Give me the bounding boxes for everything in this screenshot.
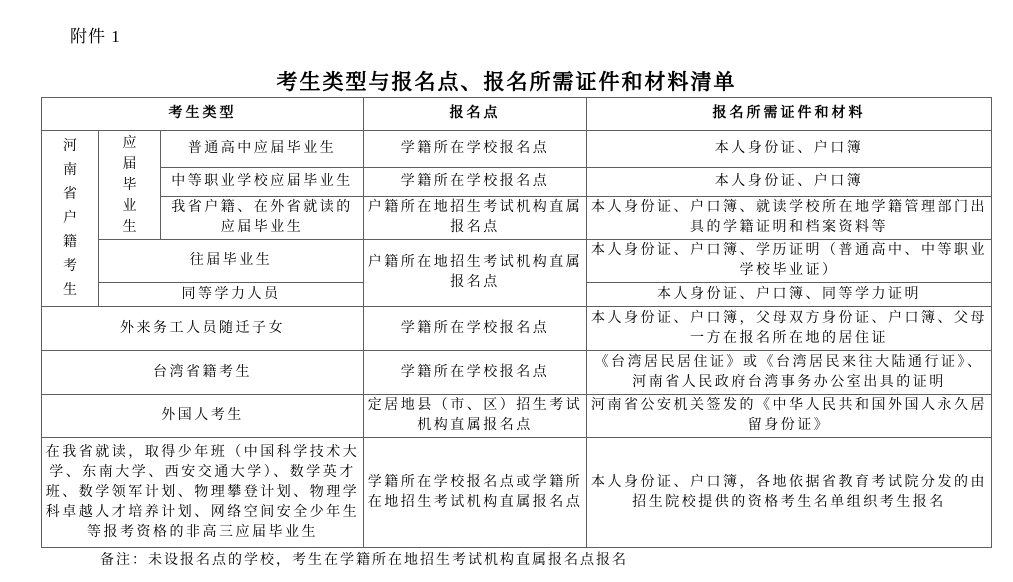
cell-required-documents: 本人身份证、户口簿: [587, 131, 992, 168]
attachment-label: 附件 1: [70, 22, 121, 47]
document-page: 附件 1 考生类型与报名点、报名所需证件和材料清单 考生类型 报名点 报名所需证…: [0, 0, 1013, 582]
table-row: 河南省户籍考生 应届毕业生 普通高中应届毕业生 学籍所在学校报名点 本人身份证、…: [42, 131, 992, 168]
group-label-henan-household: 河南省户籍考生: [61, 135, 79, 303]
cell-registration-point: 学籍所在学校报名点: [364, 351, 587, 395]
table-row: 中等职业学校应届毕业生 学籍所在学校报名点 本人身份证、户口簿: [42, 168, 992, 197]
cell-registration-point: 学籍所在学校报名点: [364, 131, 587, 168]
cell-required-documents: 本人身份证、户口簿，父母双方身份证、户口簿、父母一方在报名所在地的居住证: [587, 307, 992, 351]
cell-candidate-type: 我省户籍、在外省就读的应届毕业生: [161, 197, 364, 240]
cell-registration-point: 学籍所在学校报名点或学籍所在地招生考试机构直属报名点: [364, 438, 587, 548]
cell-registration-point: 学籍所在学校报名点: [364, 307, 587, 351]
cell-registration-point: 户籍所在地招生考试机构直属报名点: [364, 197, 587, 240]
page-title: 考生类型与报名点、报名所需证件和材料清单: [0, 66, 1013, 96]
cell-registration-point: 户籍所在地招生考试机构直属报名点: [364, 240, 587, 307]
group-label-current-graduates: 应届毕业生: [121, 133, 139, 238]
group-cell-henan-household: 河南省户籍考生: [42, 131, 99, 307]
table-row: 我省户籍、在外省就读的应届毕业生 户籍所在地招生考试机构直属报名点 本人身份证、…: [42, 197, 992, 240]
cell-candidate-type: 中等职业学校应届毕业生: [161, 168, 364, 197]
cell-required-documents: 本人身份证、户口簿、就读学校所在地学籍管理部门出具的学籍证明和档案资料等: [587, 197, 992, 240]
footnote: 备注：未设报名点的学校，考生在学籍所在地招生考试机构直属报名点报名: [100, 549, 628, 569]
table-row: 外国人考生 定居地县（市、区）招生考试机构直属报名点 河南省公安机关签发的《中华…: [42, 395, 992, 438]
group-cell-current-graduates: 应届毕业生: [99, 131, 161, 240]
table-row: 台湾省籍考生 学籍所在学校报名点 《台湾居民居住证》或《台湾居民来往大陆通行证》…: [42, 351, 992, 395]
cell-required-documents: 本人身份证、户口簿: [587, 168, 992, 197]
cell-candidate-type: 普通高中应届毕业生: [161, 131, 364, 168]
cell-candidate-type: 外国人考生: [42, 395, 364, 438]
header-row: 考生类型 报名点 报名所需证件和材料: [42, 98, 992, 131]
cell-candidate-type: 在我省就读，取得少年班（中国科学技术大学、东南大学、西安交通大学）、数学英才班、…: [42, 438, 364, 548]
cell-registration-point: 定居地县（市、区）招生考试机构直属报名点: [364, 395, 587, 438]
table-row: 在我省就读，取得少年班（中国科学技术大学、东南大学、西安交通大学）、数学英才班、…: [42, 438, 992, 548]
cell-required-documents: 《台湾居民居住证》或《台湾居民来往大陆通行证》、河南省人民政府台湾事务办公室出具…: [587, 351, 992, 395]
header-required-documents: 报名所需证件和材料: [587, 98, 992, 131]
cell-candidate-type: 台湾省籍考生: [42, 351, 364, 395]
table-row: 外来务工人员随迁子女 学籍所在学校报名点 本人身份证、户口簿，父母双方身份证、户…: [42, 307, 992, 351]
table-row: 往届毕业生 户籍所在地招生考试机构直属报名点 本人身份证、户口簿、学历证明（普通…: [42, 240, 992, 283]
header-registration-point: 报名点: [364, 98, 587, 131]
cell-required-documents: 本人身份证、户口簿、同等学力证明: [587, 283, 992, 307]
registration-table: 考生类型 报名点 报名所需证件和材料 河南省户籍考生 应届毕业生 普通高中应届毕…: [41, 97, 992, 548]
cell-candidate-type: 同等学力人员: [99, 283, 364, 307]
cell-required-documents: 本人身份证、户口簿，各地依据省教育考试院分发的由招生院校提供的资格考生名单组织考…: [587, 438, 992, 548]
cell-candidate-type: 外来务工人员随迁子女: [42, 307, 364, 351]
cell-required-documents: 河南省公安机关签发的《中华人民共和国外国人永久居留身份证》: [587, 395, 992, 438]
header-candidate-type: 考生类型: [42, 98, 364, 131]
cell-registration-point: 学籍所在学校报名点: [364, 168, 587, 197]
cell-required-documents: 本人身份证、户口簿、学历证明（普通高中、中等职业学校毕业证）: [587, 240, 992, 283]
cell-candidate-type: 往届毕业生: [99, 240, 364, 283]
